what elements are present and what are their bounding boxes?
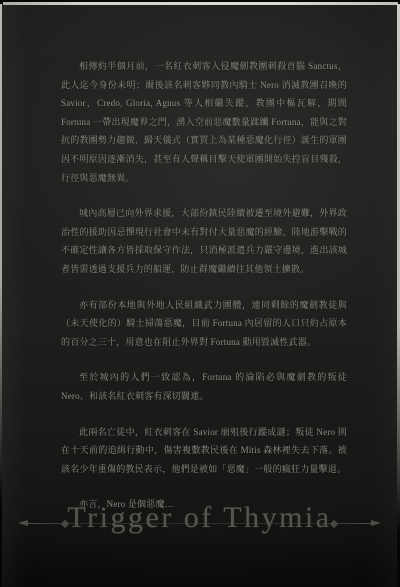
body-text: 相傳約半個月前，一名紅衣刺客入侵魔劍教團刺殺首腦 Sanctus，此人迄今身份未…: [61, 57, 347, 531]
paragraph-attack-on-order: 相傳約半個月前，一名紅衣刺客入侵魔劍教團刺殺首腦 Sanctus，此人迄今身份未…: [61, 57, 347, 187]
footer-title-block: Trigger of Thymia: [2, 496, 397, 548]
scan-edge-left: [0, 4, 2, 504]
scan-edge-top: [3, 2, 398, 5]
paragraph-fugitives: 此兩名亡徒中，紅衣刺客在 Savior 崩殂後行蹤成謎；叛徒 Nero 則在十天…: [61, 423, 347, 479]
page-surface: 相傳約半個月前，一名紅衣刺客入侵魔劍教團刺殺首腦 Sanctus，此人迄今身份未…: [2, 5, 397, 587]
paragraph-militia: 亦有部份本地與外地人民組織武力團體，連同剩餘的魔劍教徒與（未天使化的）騎士掃蕩惡…: [61, 296, 347, 352]
paragraph-evacuation: 城內高層已向外界求援，大部份鎮民陸續被遷至境外避難，外界政治性的援助因忌憚現行社…: [61, 204, 347, 278]
paragraph-blame: 至於城內的人們一致認為，Fortuna 的淪陷必與魔劍教的叛徒 Nero、和該名…: [61, 368, 347, 405]
footer-title: Trigger of Thymia: [2, 501, 397, 535]
scanned-page: 相傳約半個月前，一名紅衣刺客入侵魔劍教團刺殺首腦 Sanctus，此人迄今身份未…: [0, 0, 400, 587]
